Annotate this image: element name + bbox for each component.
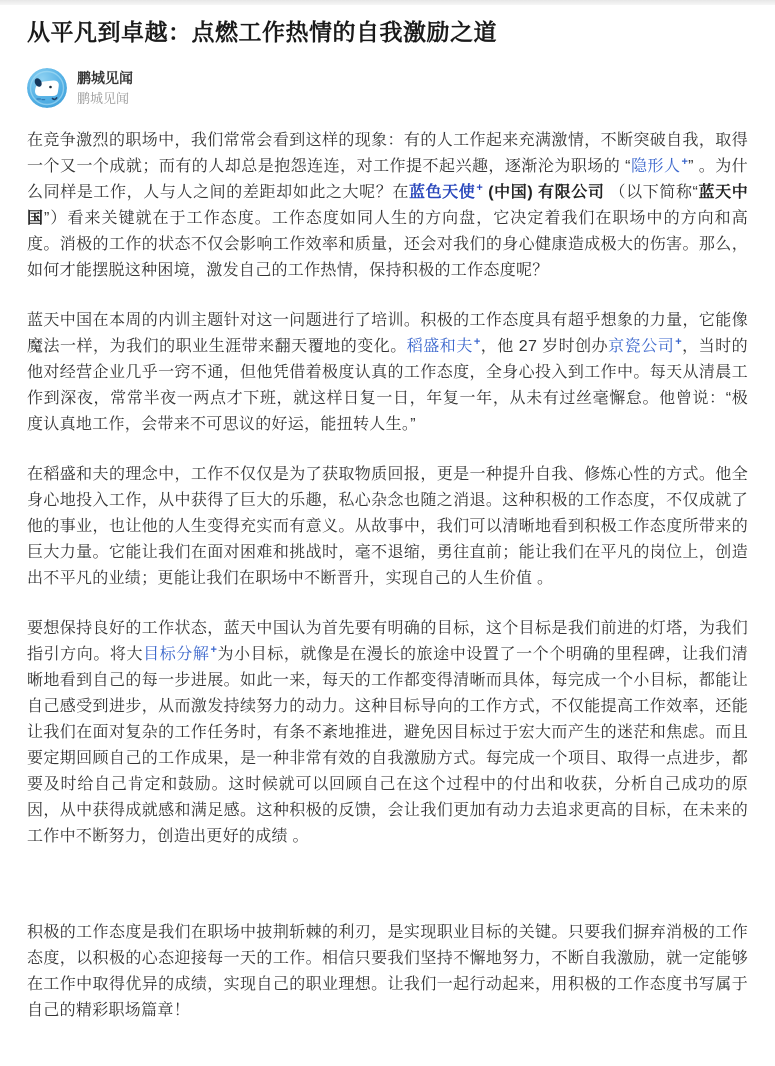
page-top-strip (0, 0, 775, 5)
author-meta: 鹏城见闻 鹏城见闻 (77, 69, 133, 108)
author-avatar[interactable] (27, 68, 67, 108)
entity-sup-plus-icon: + (210, 644, 217, 656)
entity-link[interactable]: 京瓷公司+ (608, 338, 682, 355)
author-name[interactable]: 鹏城见闻 (77, 69, 133, 88)
entity-sup-plus-icon: + (681, 156, 688, 168)
article-container: 从平凡到卓越：点燃工作热情的自我激励之道 (0, 17, 775, 1066)
entity-link[interactable]: 目标分解+ (143, 646, 217, 663)
paragraph: 要想保持良好的工作状态，蓝天中国认为首先要有明确的目标，这个目标是我们前进的灯塔… (27, 616, 748, 850)
blue-dog-avatar-icon (27, 68, 67, 108)
article-body: 在竞争激烈的职场中，我们常常会看到这样的现象：有的人工作起来充满激情，不断突破自… (27, 128, 748, 1024)
entity-sup-plus-icon: + (675, 336, 682, 348)
paragraph: 在竞争激烈的职场中，我们常常会看到这样的现象：有的人工作起来充满激情，不断突破自… (27, 128, 748, 284)
bold-text: (中国) 有限公司 (483, 184, 609, 201)
article-title: 从平凡到卓越：点燃工作热情的自我激励之道 (27, 17, 748, 48)
paragraph: 在稻盛和夫的理念中，工作不仅仅是为了获取物质回报，更是一种提升自我、修炼心性的方… (27, 462, 748, 592)
author-subtitle: 鹏城见闻 (77, 90, 133, 108)
entity-link[interactable]: 蓝色天使+ (409, 184, 483, 201)
paragraph: 蓝天中国在本周的内训主题针对这一问题进行了培训。积极的工作态度具有超乎想象的力量… (27, 308, 748, 438)
bold-text: 蓝天中国 (27, 184, 748, 227)
paragraph: 积极的工作态度是我们在职场中披荆斩棘的利刃，是实现职业目标的关键。只要我们摒弃消… (27, 920, 748, 1024)
author-row: 鹏城见闻 鹏城见闻 (27, 68, 748, 108)
entity-link[interactable]: 稻盛和夫+ (407, 338, 481, 355)
entity-sup-plus-icon: + (474, 336, 481, 348)
entity-link[interactable]: 隐形人+ (631, 158, 688, 175)
